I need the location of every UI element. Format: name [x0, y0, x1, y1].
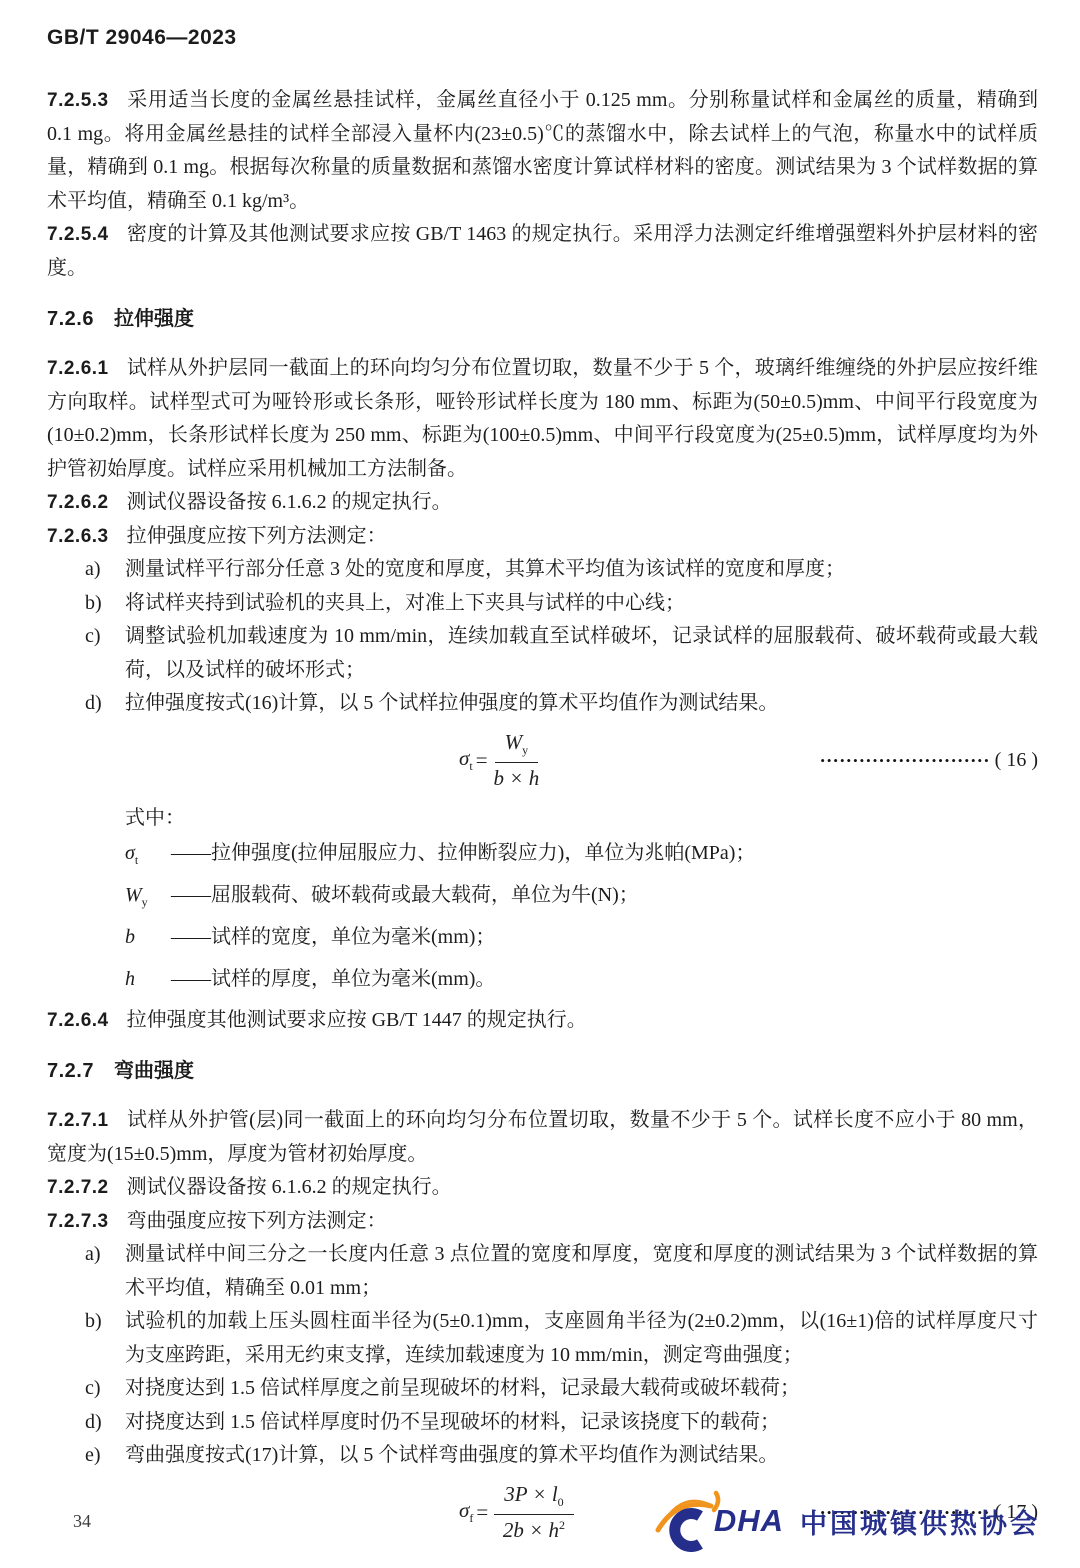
clause-number: 7.2.6.2: [47, 492, 109, 513]
dot-leader: ••••••••••••••••••••••••••: [539, 753, 994, 769]
list-item-b: b) 将试样夹持到试验机的夹具上，对准上下夹具与试样的中心线；: [47, 587, 1038, 621]
list-item-text: 将试样夹持到试验机的夹具上，对准上下夹具与试样的中心线；: [125, 587, 1038, 621]
list-item-d: d) 对挠度达到 1.5 倍试样厚度时仍不呈现破坏的材料，记录该挠度下的载荷；: [47, 1406, 1038, 1440]
clause-text: 弯曲强度应按下列方法测定：: [127, 1210, 387, 1232]
list-item-a: a) 测量试样平行部分任意 3 处的宽度和厚度，其算术平均值为该试样的宽度和厚度…: [47, 553, 1038, 587]
clause-7-2-5-3: 7.2.5.3采用适当长度的金属丝悬挂试样，金属丝直径小于 0.125 mm。分…: [47, 84, 1038, 218]
list-item-text: 试验机的加载上压头圆柱面半径为(5±0.1)mm，支座圆角半径为(2±0.2)m…: [125, 1305, 1038, 1372]
symbol-description: ——拉伸强度(拉伸屈服应力、拉伸断裂应力)，单位为兆帕(MPa)；: [171, 836, 1038, 878]
list-item-label: b): [85, 587, 125, 621]
symbol: Wy: [125, 878, 171, 920]
where-item-h: h ——试样的厚度，单位为毫米(mm)。: [125, 962, 1038, 1004]
clause-7-2-5-4: 7.2.5.4密度的计算及其他测试要求应按 GB/T 1463 的规定执行。采用…: [47, 218, 1038, 285]
clause-text: 测试仪器设备按 6.1.6.2 的规定执行。: [127, 1176, 452, 1198]
list-item-a: a) 测量试样中间三分之一长度内任意 3 点位置的宽度和厚度，宽度和厚度的测试结…: [47, 1238, 1038, 1305]
clause-7-2-6-3: 7.2.6.3拉伸强度应按下列方法测定：: [47, 520, 1038, 554]
section-number: 7.2.6: [47, 308, 94, 330]
section-number: 7.2.7: [47, 1060, 94, 1082]
formula-16-expression: σt = Wy b × h: [459, 730, 539, 790]
page-number: 34: [73, 1511, 91, 1532]
symbol: b: [125, 920, 171, 962]
clause-text: 拉伸强度应按下列方法测定：: [127, 525, 387, 547]
clause-7-2-7-1: 7.2.7.1试样从外护管(层)同一截面上的环向均匀分布位置切取，数量不少于 5…: [47, 1104, 1038, 1171]
list-item-label: c): [85, 1372, 125, 1406]
formula-16: σt = Wy b × h ••••••••••••••••••••••••••…: [47, 721, 1038, 801]
where-item-sigma-t: σt ——拉伸强度(拉伸屈服应力、拉伸断裂应力)，单位为兆帕(MPa)；: [125, 836, 1038, 878]
standard-number-header: GB/T 29046—2023: [47, 26, 1038, 50]
list-item-label: a): [85, 553, 125, 587]
list-item-label: d): [85, 1406, 125, 1440]
list-item-text: 调整试验机加载速度为 10 mm/min，连续加载直至试样破坏，记录试样的屈服载…: [125, 620, 1038, 687]
section-heading-7-2-6: 7.2.6拉伸强度: [47, 302, 1038, 331]
clause-7-2-6-1: 7.2.6.1试样从外护层同一截面上的环向均匀分布位置切取，数量不少于 5 个，…: [47, 352, 1038, 486]
clause-number: 7.2.7.1: [47, 1110, 109, 1131]
clause-text: 拉伸强度其他测试要求应按 GB/T 1447 的规定执行。: [127, 1009, 587, 1031]
symbol-description: ——试样的厚度，单位为毫米(mm)。: [171, 962, 1038, 1004]
where-intro: 式中：: [125, 801, 1038, 836]
list-item-d: d) 拉伸强度按式(16)计算，以 5 个试样拉伸强度的算术平均值作为测试结果。: [47, 687, 1038, 721]
list-item-text: 对挠度达到 1.5 倍试样厚度时仍不呈现破坏的材料，记录该挠度下的载荷；: [125, 1406, 1038, 1440]
equation-number: ( 16 ): [995, 749, 1038, 772]
list-item-text: 测量试样平行部分任意 3 处的宽度和厚度，其算术平均值为该试样的宽度和厚度；: [125, 553, 1038, 587]
symbol: h: [125, 962, 171, 1004]
clause-text: 试样从外护层同一截面上的环向均匀分布位置切取，数量不少于 5 个，玻璃纤维缠绕的…: [47, 357, 1038, 480]
clause-number: 7.2.5.3: [47, 90, 109, 111]
clause-text: 密度的计算及其他测试要求应按 GB/T 1463 的规定执行。采用浮力法测定纤维…: [47, 223, 1038, 279]
clause-number: 7.2.6.4: [47, 1010, 109, 1031]
clause-7-2-6-2: 7.2.6.2测试仪器设备按 6.1.6.2 的规定执行。: [47, 486, 1038, 520]
clause-7-2-6-4: 7.2.6.4拉伸强度其他测试要求应按 GB/T 1447 的规定执行。: [47, 1004, 1038, 1038]
clause-7-2-7-3: 7.2.7.3弯曲强度应按下列方法测定：: [47, 1205, 1038, 1239]
where-item-b: b ——试样的宽度，单位为毫米(mm)；: [125, 920, 1038, 962]
section-title: 拉伸强度: [114, 308, 194, 330]
symbol-description: ——屈服载荷、破坏载荷或最大载荷，单位为牛(N)；: [171, 878, 1038, 920]
list-item-c: c) 对挠度达到 1.5 倍试样厚度之前呈现破坏的材料，记录最大载荷或破坏载荷；: [47, 1372, 1038, 1406]
list-item-b: b) 试验机的加载上压头圆柱面半径为(5±0.1)mm，支座圆角半径为(2±0.…: [47, 1305, 1038, 1372]
list-item-text: 对挠度达到 1.5 倍试样厚度之前呈现破坏的材料，记录最大载荷或破坏载荷；: [125, 1372, 1038, 1406]
section-heading-7-2-7: 7.2.7弯曲强度: [47, 1054, 1038, 1083]
cdha-logo-org-name: 中国城镇供热协会: [800, 1502, 1040, 1541]
list-item-label: b): [85, 1305, 125, 1372]
list-item-label: e): [85, 1439, 125, 1473]
clause-number: 7.2.5.4: [47, 224, 109, 245]
cdha-logo-acronym: DHA: [714, 1503, 784, 1539]
clause-text: 试样从外护管(层)同一截面上的环向均匀分布位置切取，数量不少于 5 个。试样长度…: [47, 1109, 1038, 1165]
list-item-e: e) 弯曲强度按式(17)计算，以 5 个试样弯曲强度的算术平均值作为测试结果。: [47, 1439, 1038, 1473]
list-item-text: 拉伸强度按式(16)计算，以 5 个试样拉伸强度的算术平均值作为测试结果。: [125, 687, 1038, 721]
cdha-logo: DHA 中国城镇供热协会: [654, 1490, 1040, 1552]
symbol: σt: [125, 836, 171, 878]
page-footer: 34 DHA 中国城镇供热协会: [47, 1490, 1040, 1552]
symbol-description: ——试样的宽度，单位为毫米(mm)；: [171, 920, 1038, 962]
section-title: 弯曲强度: [114, 1060, 194, 1082]
clause-number: 7.2.7.3: [47, 1211, 109, 1232]
clause-number: 7.2.6.1: [47, 358, 109, 379]
where-item-w-y: Wy ——屈服载荷、破坏载荷或最大载荷，单位为牛(N)；: [125, 878, 1038, 920]
clause-number: 7.2.6.3: [47, 526, 109, 547]
list-item-label: d): [85, 687, 125, 721]
fraction: Wy b × h: [494, 730, 540, 790]
document-page: GB/T 29046—2023 7.2.5.3采用适当长度的金属丝悬挂试样，金属…: [0, 0, 1080, 1553]
list-item-label: a): [85, 1238, 125, 1305]
list-item-text: 测量试样中间三分之一长度内任意 3 点位置的宽度和厚度，宽度和厚度的测试结果为 …: [125, 1238, 1038, 1305]
list-item-text: 弯曲强度按式(17)计算，以 5 个试样弯曲强度的算术平均值作为测试结果。: [125, 1439, 1038, 1473]
list-item-label: c): [85, 620, 125, 687]
list-item-c: c) 调整试验机加载速度为 10 mm/min，连续加载直至试样破坏，记录试样的…: [47, 620, 1038, 687]
clause-number: 7.2.7.2: [47, 1177, 109, 1198]
clause-text: 采用适当长度的金属丝悬挂试样，金属丝直径小于 0.125 mm。分别称量试样和金…: [47, 89, 1038, 212]
clause-7-2-7-2: 7.2.7.2测试仪器设备按 6.1.6.2 的规定执行。: [47, 1171, 1038, 1205]
clause-text: 测试仪器设备按 6.1.6.2 的规定执行。: [127, 491, 452, 513]
